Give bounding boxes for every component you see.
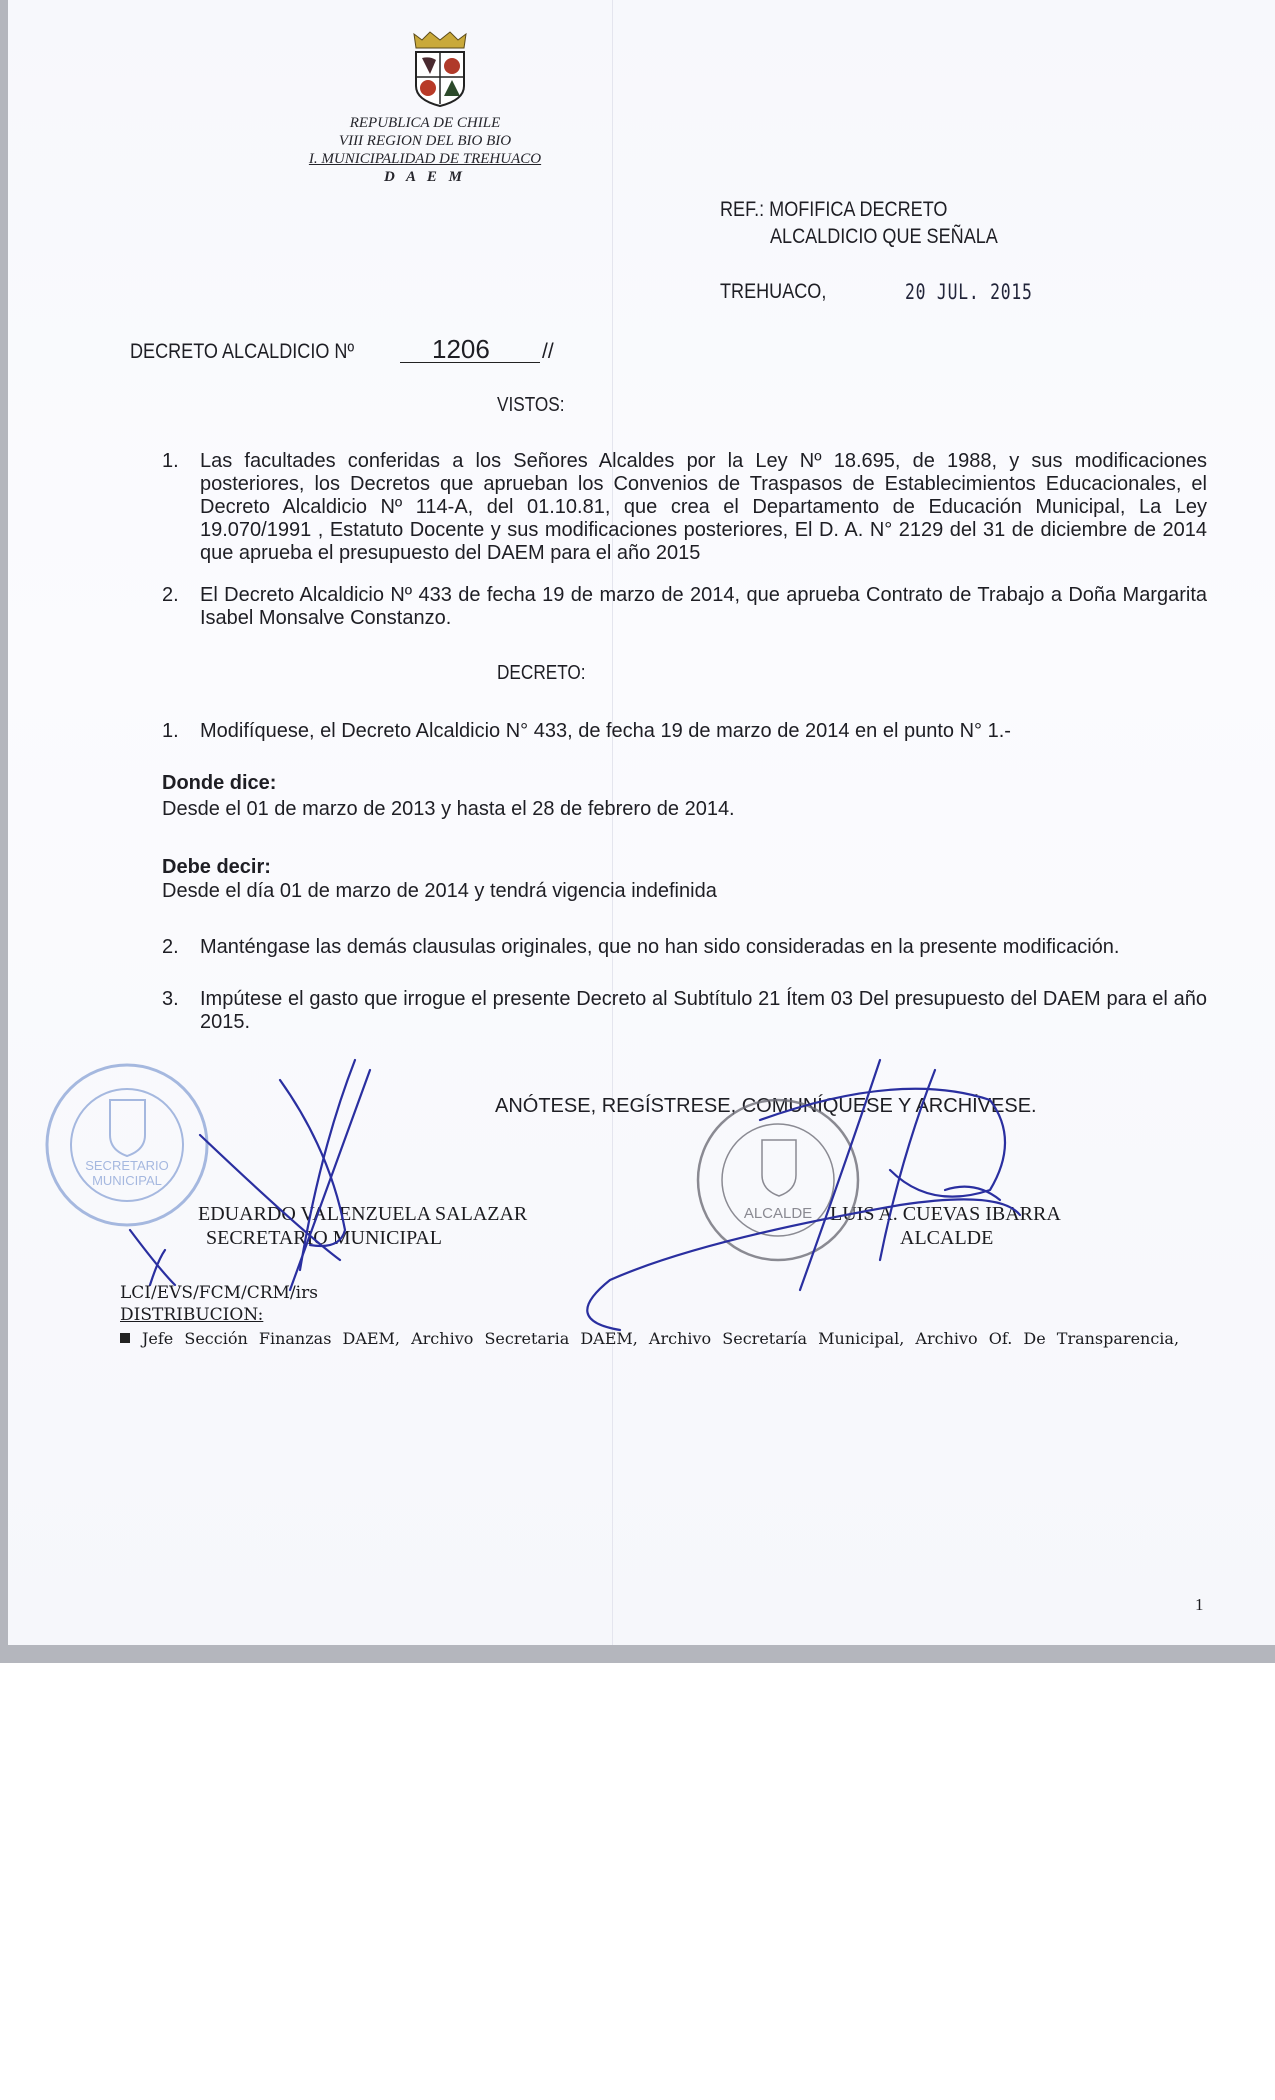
svg-text:ALCALDE: ALCALDE xyxy=(744,1205,812,1222)
distribution-text: Jefe Sección Finanzas DAEM, Archivo Secr… xyxy=(142,1329,1179,1348)
distribution-title: DISTRIBUCION: xyxy=(120,1305,263,1325)
initials-reference: LCI/EVS/FCM/CRM/irs xyxy=(120,1283,318,1303)
secretary-stamp-icon: SECRETARIO MUNICIPAL xyxy=(47,1065,207,1225)
svg-text:SECRETARIO: SECRETARIO xyxy=(85,1158,169,1173)
stamps-and-signatures: SECRETARIO MUNICIPAL ALCALDE xyxy=(0,0,1275,1663)
mayor-stamp-icon: ALCALDE xyxy=(698,1100,858,1260)
bullet-icon xyxy=(120,1333,130,1343)
distribution-item: Jefe Sección Finanzas DAEM, Archivo Secr… xyxy=(120,1328,1210,1350)
page-number: 1 xyxy=(1195,1595,1204,1615)
svg-text:MUNICIPAL: MUNICIPAL xyxy=(92,1173,162,1188)
